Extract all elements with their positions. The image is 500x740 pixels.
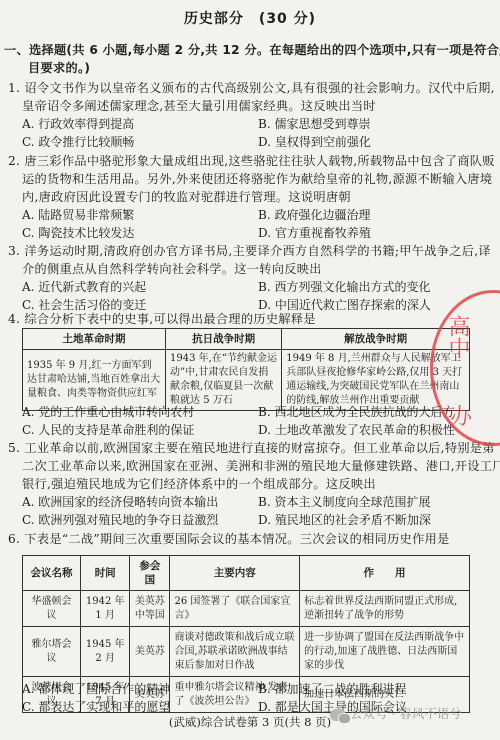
question-6-line1: 6. 下表是“二战”期间三次重要国际会议的基本情况。三次会议的相同历史作用是 bbox=[8, 531, 450, 547]
table-header: 会议名称 bbox=[23, 556, 81, 591]
question-1-line2: 皇帝诏令多阐述儒家理念,甚至大量引用儒家经典。这反映出当时 bbox=[22, 98, 376, 114]
question-5-option-a: A. 欧洲国家的经济侵略转向资本输出 bbox=[22, 494, 218, 510]
table-cell: 1935 年 9 月,红一方面军到达甘肃哈达铺,当地百姓拿出大量粮食、肉类等物资… bbox=[23, 350, 166, 411]
question-4-option-b: B. 西北地区成为全民族抗战的大后方 bbox=[258, 404, 454, 420]
table-cell: 雅尔塔会议 bbox=[23, 627, 81, 677]
question-2-line1: 2. 唐三彩作品中骆驼形象大量成组出现,这些骆驼往往驮人载物,所载物品中包含了商… bbox=[8, 153, 495, 169]
table-cell: 美英苏中等国 bbox=[130, 591, 170, 627]
question-4-option-a: A. 党的工作重心由城市转向农村 bbox=[22, 404, 194, 420]
question-1-option-d: D. 皇权得到空前强化 bbox=[258, 134, 371, 150]
question-5-line3: 银行,强迫殖民地成为它们经济体系中的一个组成部分。这反映出 bbox=[22, 476, 376, 492]
question-1-option-a: A. 行政效率得到提高 bbox=[22, 116, 134, 132]
watermark: 公众号 · 春风不语兮 bbox=[330, 704, 462, 722]
question-2-option-a: A. 陆路贸易非常频繁 bbox=[22, 207, 134, 223]
question-1-option-b: B. 儒家思想受到尊崇 bbox=[258, 116, 370, 132]
question-3-option-b: B. 西方列强文化输出方式的变化 bbox=[258, 279, 430, 295]
question-4-option-d: D. 土地改革激发了农民革命的积极性 bbox=[258, 422, 455, 438]
table-cell: 1942 年 1 月 bbox=[81, 591, 130, 627]
question-1-option-c: C. 政令推行比较顺畅 bbox=[22, 134, 134, 150]
question-6-option-c: C. 都表达了实现和平的愿望 bbox=[22, 699, 170, 715]
table-cell: 1945 年 2 月 bbox=[81, 627, 130, 677]
question-5-option-c: C. 欧洲列强对殖民地的争夺日益激烈 bbox=[22, 512, 218, 528]
question-2-option-c: C. 陶瓷技术比较发达 bbox=[22, 225, 134, 241]
table-cell: 华盛顿会议 bbox=[23, 591, 81, 627]
question-5-option-d: D. 殖民地区的社会矛盾不断加深 bbox=[258, 512, 431, 528]
section-heading-line1: 一、选择题(共 6 小题,每小题 2 分,共 12 分。在每题给出的四个选项中,… bbox=[4, 42, 500, 58]
watermark-text: 公众号 · 春风不语兮 bbox=[350, 706, 462, 721]
table-header: 时间 bbox=[81, 556, 130, 591]
question-4-table: 土地革命时期 抗日战争时期 解放战争时期 1935 年 9 月,红一方面军到达甘… bbox=[22, 328, 470, 411]
table-header: 土地革命时期 bbox=[23, 329, 166, 350]
page-title: 历史部分 (30 分) bbox=[0, 8, 500, 28]
stamp-bottom-text: 办 bbox=[450, 400, 472, 431]
question-2-option-d: D. 官方重视畜牧养殖 bbox=[258, 225, 371, 241]
question-2-option-b: B. 政府强化边疆治理 bbox=[258, 207, 370, 223]
question-4-option-c: C. 人民的支持是革命胜利的保证 bbox=[22, 422, 194, 438]
table-cell: 1943 年,在“节约献金运动”中,甘肃农民自发捐献余粮,仅临夏县一次献粮就达 … bbox=[166, 350, 282, 411]
table-row: 1935 年 9 月,红一方面军到达甘肃哈达铺,当地百姓拿出大量粮食、肉类等物资… bbox=[23, 350, 470, 411]
question-2-line2: 运的货物和生活用品。另外,外来使团还将骆驼作为献给皇帝的礼物,源源不断输入唐境 bbox=[22, 171, 492, 187]
table-row: 雅尔塔会议 1945 年 2 月 美英苏 商谈对德政策和战后成立联合国,苏联承诺… bbox=[23, 627, 470, 677]
question-3-option-a: A. 近代新式教育的兴起 bbox=[22, 279, 146, 295]
table-header: 作 用 bbox=[300, 556, 470, 591]
question-6-option-a: A. 都体现了国际合作的精神 bbox=[22, 681, 170, 697]
question-1-line1: 1. 诏令文书作为以皇帝名义颁布的古代高级别公文,具有很强的社会影响力。汉代中后… bbox=[8, 80, 495, 96]
question-3-line1: 3. 洋务运动时期,清政府创办官方译书局,主要译介西方自然科学的书籍;甲午战争之… bbox=[8, 243, 491, 259]
table-cell: 进一步协调了盟国在反法西斯战争中的行动,加速了战胜德、日法西斯国家的步伐 bbox=[300, 627, 470, 677]
table-header: 参会国 bbox=[130, 556, 170, 591]
stamp-text: 高中 bbox=[445, 315, 469, 359]
question-4-line1: 4. 综合分析下表中的史事,可以得出最合理的历史解释是 bbox=[8, 311, 316, 327]
table-cell: 26 国签署了《联合国家宣言》 bbox=[170, 591, 300, 627]
table-cell: 标志着世界反法西斯同盟正式形成,逆渐扭转了战争的形势 bbox=[300, 591, 470, 627]
wechat-icon bbox=[330, 709, 346, 721]
question-5-line1: 5. 工业革命以前,欧洲国家主要在殖民地进行直接的财富掠夺。但工业革命以后,特别… bbox=[8, 440, 495, 456]
table-cell: 商谈对德政策和战后成立联合国,苏联承诺欧洲战事结束后参加对日作战 bbox=[170, 627, 300, 677]
question-5-option-b: B. 资本主义制度向全球范围扩展 bbox=[258, 494, 430, 510]
question-3-line2: 介的侧重点从自然科学转向社会科学。这一转向反映出 bbox=[22, 261, 322, 277]
exam-page: 历史部分 (30 分) 一、选择题(共 6 小题,每小题 2 分,共 12 分。… bbox=[0, 0, 500, 740]
question-2-line3: 内,唐政府因此设置专门的牧监对驼群进行管理。这说明唐朝 bbox=[22, 189, 351, 205]
table-cell: 美英苏 bbox=[130, 627, 170, 677]
question-5-line2: 二次工业革命以来,欧洲国家在亚洲、美洲和非洲的殖民地大量修建铁路、港口,开设工厂… bbox=[22, 458, 500, 474]
table-header: 主要内容 bbox=[170, 556, 300, 591]
section-heading-line2: 目要求的。) bbox=[28, 60, 90, 76]
table-header: 抗日战争时期 bbox=[166, 329, 282, 350]
table-row: 华盛顿会议 1942 年 1 月 美英苏中等国 26 国签署了《联合国家宣言》 … bbox=[23, 591, 470, 627]
question-6-option-b: B. 都加速了二战的胜利进程 bbox=[258, 681, 406, 697]
